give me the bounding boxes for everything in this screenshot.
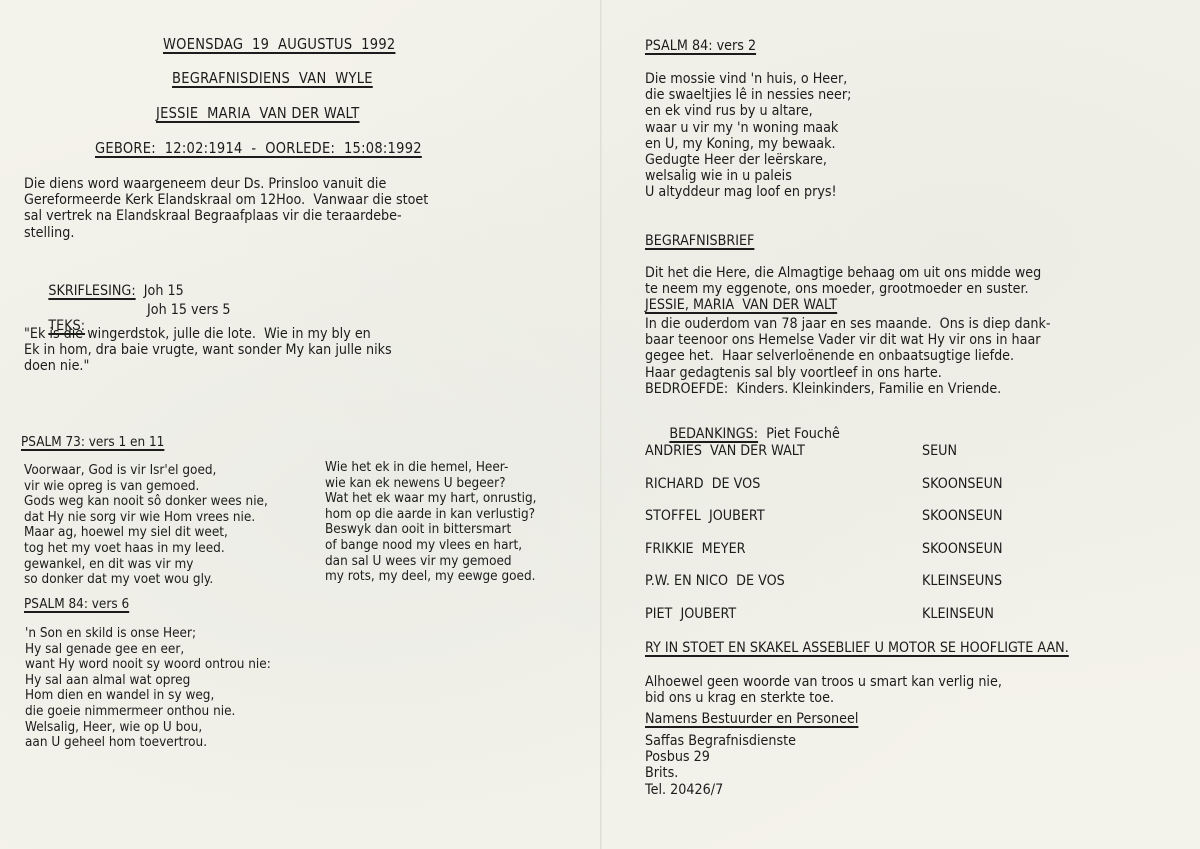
text-quote: "Ek is die wingerdstok, julle die lote. … [24,326,433,375]
letter-line: Haar gedagtenis sal bly voortleef in ons… [645,365,1050,381]
condolence-line: bid ons u krag en sterkte toe. [645,690,1002,706]
psalm-line: tog het my voet haas in my leed. [24,541,268,557]
letter-line: In die ouderdom van 78 jaar en ses maand… [645,316,1050,332]
intro-line: stelling. [24,225,428,241]
psalm-line: 'n Son en skild is onse Heer; [25,626,271,642]
psalm-line: gewankel, en dit was vir my [24,557,268,573]
condolence-line: Alhoewel geen woorde van troos u smart k… [645,674,1002,690]
letter-line: BEDROEFDE: Kinders. Kleinkinders, Famili… [645,381,1050,397]
deceased-name: JESSIE MARIA VAN DER WALT [156,105,360,122]
pallbearer-relation: SKOONSEUN [922,541,1003,557]
pallbearer-relation: KLEINSEUN [922,606,994,622]
pallbearer-name: RICHARD DE VOS [645,476,760,492]
service-date: WOENSDAG 19 AUGUSTUS 1992 [163,36,395,53]
psalm-line: Hy sal genade gee en eer, [25,642,271,658]
company-town: Brits. [645,765,796,781]
psalm-line: Die mossie vind 'n huis, o Heer, [645,71,851,87]
pallbearer-relation: SKOONSEUN [922,508,1003,524]
psalm-line: of bange nood my vlees en hart, [325,538,537,554]
funeral-letter-title: BEGRAFNISBRIEF [645,233,754,249]
company-po-box: Posbus 29 [645,749,796,765]
letter-line: gegee het. Haar selverloënende en onbaat… [645,348,1050,364]
psalm-line: waar u vir my 'n woning maak [645,120,851,136]
psalm-line: Gedugte Heer der leërskare, [645,152,851,168]
psalm-line: Wie het ek in die hemel, Heer- [325,460,537,476]
quote-line: doen nie." [24,358,392,374]
company-name: Saffas Begrafnisdienste [645,733,796,749]
headlights-notice: RY IN STOET EN SKAKEL ASSEBLIEF U MOTOR … [645,640,1069,656]
signoff: Namens Bestuurder en Personeel [645,711,858,727]
intro-line: Gereformeerde Kerk Elandskraal om 12Hoo.… [24,192,428,208]
psalm-line: so donker dat my voet wou gly. [24,572,268,588]
pallbearer-relation: SKOONSEUN [922,476,1003,492]
psalm-line: U altyddeur mag loof en prys! [645,184,851,200]
thanks-label: BEDANKINGS: [669,426,758,442]
pallbearer-name: STOFFEL JOUBERT [645,508,765,524]
pallbearer-name: PIET JOUBERT [645,606,736,622]
psalm-line: dan sal U wees vir my gemoed [325,554,537,570]
psalm-line: Beswyk dan ooit in bittersmart [325,522,537,538]
letter-line: te neem my eggenote, ons moeder, grootmo… [645,281,1041,297]
company-phone: Tel. 20426/7 [645,782,796,798]
psalm-line: en U, my Koning, my bewaak. [645,136,851,152]
page-fold [600,0,602,849]
psalm-73-verse-1: Voorwaar, God is vir Isr'el goed, vir wi… [24,463,286,588]
scripture-reading-label: SKRIFLESING: [48,283,135,299]
pallbearer-name: FRIKKIE MEYER [645,541,746,557]
psalm-84-6-title: PSALM 84: vers 6 [24,597,129,612]
psalm-line: Gods weg kan nooit sô donker wees nie, [24,494,268,510]
intro-line: sal vertrek na Elandskraal Begraafplaas … [24,208,428,224]
psalm-84-verse-2: Die mossie vind 'n huis, o Heer, die swa… [645,71,874,201]
pallbearer-name: ANDRIES VAN DER WALT [645,443,805,459]
psalm-73-title: PSALM 73: vers 1 en 11 [21,435,164,450]
service-title: BEGRAFNISDIENS VAN WYLE [172,70,373,87]
psalm-84-2-title: PSALM 84: vers 2 [645,38,756,54]
psalm-line: dat Hy nie sorg vir wie Hom vrees nie. [24,510,268,526]
psalm-line: wie kan ek newens U begeer? [325,476,537,492]
psalm-line: aan U geheel hom toevertrou. [25,735,271,751]
quote-line: "Ek is die wingerdstok, julle die lote. … [24,326,392,342]
psalm-line: die goeie nimmermeer onthou nie. [25,704,271,720]
scripture-reading-value: Joh 15 [144,283,184,299]
pallbearer-relation: KLEINSEUNS [922,573,1002,589]
psalm-73-verse-11: Wie het ek in die hemel, Heer- wie kan e… [325,460,552,585]
quote-line: Ek in hom, dra baie vrugte, want sonder … [24,342,392,358]
psalm-line: en ek vind rus by u altare, [645,103,851,119]
service-intro: Die diens word waargeneem deur Ds. Prins… [24,176,473,241]
birth-death-dates: GEBORE: 12:02:1914 - OORLEDE: 15:08:1992 [95,140,422,157]
psalm-line: die swaeltjies lê in nessies neer; [645,87,851,103]
psalm-line: Welsalig, Heer, wie op U bou, [25,720,271,736]
pallbearer-relation: SEUN [922,443,957,459]
company-details: Saffas Begrafnisdienste Posbus 29 Brits.… [645,733,813,798]
letter-line: Dit het die Here, die Almagtige behaag o… [645,265,1041,281]
funeral-letter-name: JESSIE, MARIA VAN DER WALT [645,297,837,313]
psalm-line: Wat het ek waar my hart, onrustig, [325,491,537,507]
text-value: Joh 15 vers 5 [147,302,231,318]
letter-line: baar teenoor ons Hemelse Vader vir dit w… [645,332,1050,348]
funeral-letter-body: In die ouderdom van 78 jaar en ses maand… [645,316,1096,397]
funeral-letter-intro: Dit het die Here, die Almagtige behaag o… [645,265,1085,297]
psalm-line: Hy sal aan almal wat opreg [25,673,271,689]
psalm-line: Maar ag, hoewel my siel dit weet, [24,525,268,541]
psalm-line: hom op die aarde in kan verlustig? [325,507,537,523]
psalm-84-verse-6: 'n Son en skild is onse Heer; Hy sal gen… [25,626,289,751]
pallbearer-name: P.W. EN NICO DE VOS [645,573,785,589]
psalm-line: my rots, my deel, my eewge goed. [325,569,537,585]
thanks-value: Piet Fouchê [766,426,840,442]
funeral-programme-sheet: WOENSDAG 19 AUGUSTUS 1992 BEGRAFNISDIENS… [0,0,1200,849]
psalm-line: Voorwaar, God is vir Isr'el goed, [24,463,268,479]
psalm-line: want Hy word nooit sy woord ontrou nie: [25,657,271,673]
psalm-line: welsalig wie in u paleis [645,168,851,184]
psalm-line: vir wie opreg is van gemoed. [24,479,268,495]
intro-line: Die diens word waargeneem deur Ds. Prins… [24,176,428,192]
psalm-line: Hom dien en wandel in sy weg, [25,688,271,704]
condolence-message: Alhoewel geen woorde van troos u smart k… [645,674,1042,706]
